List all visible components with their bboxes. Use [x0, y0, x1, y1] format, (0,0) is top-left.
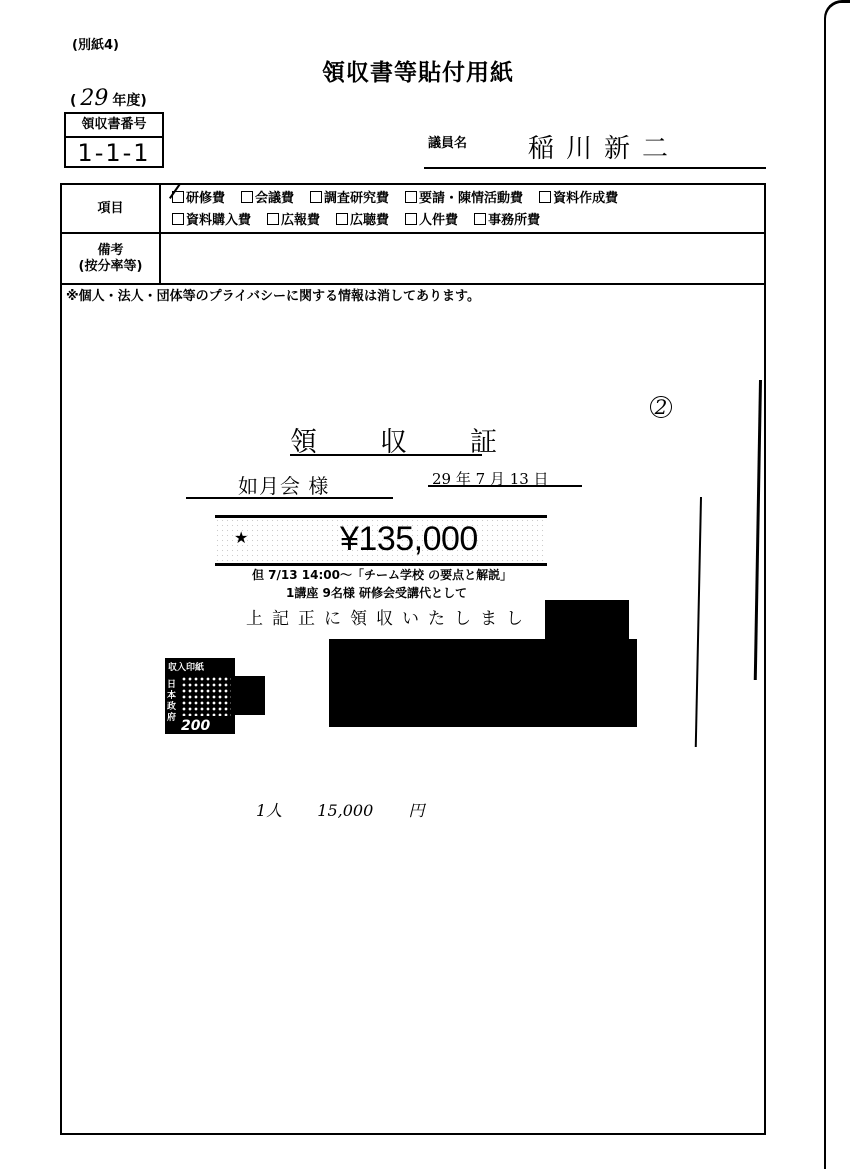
amount-top-rule: [215, 515, 547, 518]
category-checkbox[interactable]: 調査研究費: [310, 188, 389, 210]
category-label: 事務所費: [488, 213, 540, 228]
items-row: 項目 研修費会議費調査研究費要請・陳情活動費資料作成費 資料購入費広報費広聴費人…: [62, 185, 764, 234]
category-label: 広聴費: [350, 213, 389, 228]
category-line-1: 研修費会議費調査研究費要請・陳情活動費資料作成費: [172, 188, 764, 210]
unchecked-box-icon[interactable]: [474, 213, 486, 225]
member-name: 稲川新二: [528, 128, 680, 165]
page-marker: 2: [650, 396, 672, 418]
unchecked-box-icon[interactable]: [310, 191, 322, 203]
unchecked-box-icon[interactable]: [241, 191, 253, 203]
stamp-artwork: [181, 676, 231, 716]
payee-underline: [186, 497, 393, 499]
redaction-block: [329, 639, 637, 727]
member-underline: [424, 167, 766, 169]
category-label: 広報費: [281, 213, 320, 228]
unchecked-box-icon[interactable]: [172, 213, 184, 225]
category-checkbox[interactable]: 広聴費: [336, 210, 389, 232]
unchecked-box-icon[interactable]: [267, 213, 279, 225]
fiscal-year-value: 29: [80, 86, 108, 111]
unchecked-box-icon[interactable]: [336, 213, 348, 225]
category-checkbox[interactable]: 資料作成費: [539, 188, 618, 210]
stamp-issuer: 日本政府: [167, 680, 177, 724]
redaction-block: [233, 676, 265, 715]
category-label: 研修費: [186, 191, 225, 206]
remarks-row: 備考 (按分率等): [62, 234, 764, 285]
receipt-number-value: 1-1-1: [66, 138, 162, 168]
stamp-title: 収入印紙: [168, 660, 204, 673]
category-label: 資料購入費: [186, 213, 251, 228]
stamp-value: 200: [181, 718, 210, 734]
receipt-amount: ¥135,000: [340, 520, 478, 559]
category-label: 資料作成費: [553, 191, 618, 206]
unchecked-box-icon[interactable]: [539, 191, 551, 203]
date-underline: [428, 485, 582, 487]
memo-line-1: 但 7/13 14:00～「チーム学校 の要点と解説」: [252, 566, 512, 583]
items-label: 項目: [62, 185, 161, 232]
privacy-notice: ※個人・法人・団体等のプライバシーに関する情報は消してあります。: [66, 285, 480, 304]
category-label: 人件費: [419, 213, 458, 228]
revenue-stamp: 収入印紙 日本政府 200: [165, 658, 235, 734]
expense-categories: 研修費会議費調査研究費要請・陳情活動費資料作成費 資料購入費広報費広聴費人件費事…: [172, 188, 764, 232]
category-label: 会議費: [255, 191, 294, 206]
page-title: 領収書等貼付用紙: [322, 54, 514, 87]
category-checkbox[interactable]: 資料購入費: [172, 210, 251, 232]
member-label: 議員名: [428, 132, 467, 151]
unchecked-box-icon[interactable]: [405, 191, 417, 203]
checked-box-icon[interactable]: [172, 191, 184, 203]
receipt-title-underline: [290, 454, 482, 456]
category-checkbox[interactable]: 会議費: [241, 188, 294, 210]
handwritten-note: 1人 15,000 円: [256, 798, 424, 821]
category-checkbox[interactable]: 事務所費: [474, 210, 540, 232]
remarks-label: 備考 (按分率等): [62, 234, 161, 283]
memo-line-2: 1講座 9名様 研修会受講代として: [286, 584, 467, 601]
receipt-number-label: 領収書番号: [66, 114, 162, 138]
category-checkbox[interactable]: 要請・陳情活動費: [405, 188, 523, 210]
category-line-2: 資料購入費広報費広聴費人件費事務所費: [172, 210, 764, 232]
receipt-number-box: 領収書番号 1-1-1: [64, 112, 164, 168]
category-checkbox[interactable]: 研修費: [172, 188, 225, 210]
category-label: 要請・陳情活動費: [419, 191, 523, 206]
received-text: 上記正に領収いたしまし: [246, 604, 532, 629]
fiscal-year: (29年度): [70, 86, 147, 111]
category-checkbox[interactable]: 人件費: [405, 210, 458, 232]
annex-label: (別紙4): [72, 34, 119, 53]
category-checkbox[interactable]: 広報費: [267, 210, 320, 232]
star-icon: ★: [234, 528, 248, 547]
payee: 如月会 様: [238, 470, 329, 499]
unchecked-box-icon[interactable]: [405, 213, 417, 225]
category-label: 調査研究費: [324, 191, 389, 206]
redaction-block: [545, 600, 629, 640]
